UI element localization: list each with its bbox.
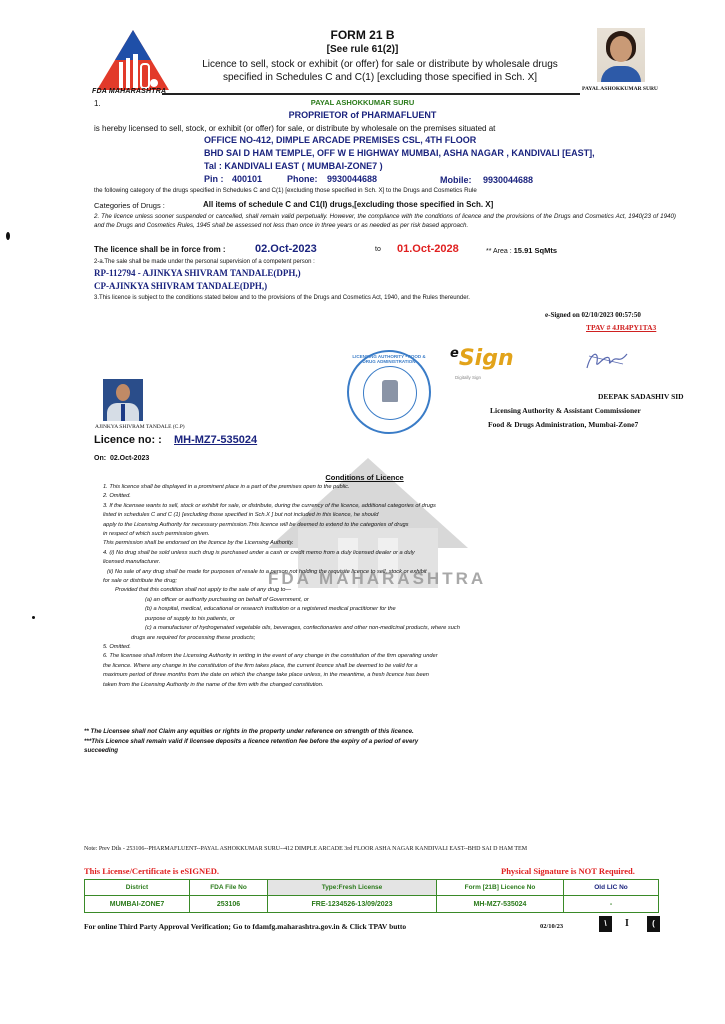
- condition-line: (ii) No sale of any drug shall be made f…: [103, 568, 563, 577]
- conditions-title: Conditions of Licence: [72, 473, 657, 482]
- registered-pharmacist: RP-112794 - AJINKYA SHIVRAM TANDALE(DPH,…: [94, 268, 301, 278]
- header-old-lic-no: Old LIC No: [564, 880, 659, 896]
- logo-caption: FDA MAHARASHTRA: [92, 88, 166, 95]
- condition-line: licensed manufacturer.: [103, 558, 563, 567]
- competent-person-photo: [103, 379, 143, 421]
- proprietor-of: PROPRIETOR of PHARMAFLUENT: [0, 110, 725, 120]
- footer-date: 02/10/23: [540, 923, 563, 930]
- esign-logo: eSign: [450, 346, 514, 371]
- clause-3: 3.This licence is subject to the conditi…: [94, 295, 470, 301]
- header-fda-file-no: FDA File No: [190, 880, 268, 896]
- old-lic-no-value: -: [564, 896, 659, 913]
- address-line-2: BHD SAI D HAM TEMPLE, OFF W E HIGHWAY MU…: [204, 148, 595, 158]
- form-subtitle: Licence to sell, stock or exhibit (or of…: [180, 58, 580, 84]
- subtitle-line-2: specified in Schedules C and C(1) [exclu…: [180, 71, 580, 84]
- on-date: 02.Oct-2023: [110, 455, 149, 462]
- esign-subtext: Digitally Sign: [455, 375, 481, 380]
- scan-mark: [6, 232, 10, 240]
- note-retention: ***This Licence shall remain valid if li…: [84, 737, 418, 747]
- category-label: Categories of Drugs :: [94, 201, 165, 210]
- subtitle-line-1: Licence to sell, stock or exhibit (or of…: [180, 58, 580, 71]
- esigned-timestamp: e-Signed on 02/10/2023 00:57:50: [545, 311, 641, 319]
- valid-to: 01.Oct-2028: [397, 243, 459, 255]
- phone-label: Phone:: [287, 174, 318, 184]
- tpav-link[interactable]: TPAV # 4JR4PY1TA3: [586, 323, 656, 332]
- to-label: to: [375, 246, 381, 253]
- table-header-row: District FDA File No Type:Fresh License …: [85, 880, 659, 896]
- pin-label: Pin :: [204, 174, 224, 184]
- condition-line: 5. Omitted.: [103, 643, 563, 652]
- area-value: 15.91 SqMts: [514, 246, 557, 255]
- pin-value: 400101: [232, 174, 262, 184]
- previous-details-note: Note: Prev Dtls - 253106--PHARMAFLUENT--…: [84, 846, 527, 852]
- header-district: District: [85, 880, 190, 896]
- table-row: MUMBAI-ZONE7 253106 FRE-1234526-13/09/20…: [85, 896, 659, 913]
- condition-line: (a) an officer or authority purchasing o…: [103, 596, 563, 605]
- mobile-value: 9930044688: [483, 175, 533, 185]
- clause-2a: 2-a.The sale shall be made under the per…: [94, 259, 315, 265]
- header-form-licence-no: Form [21B] Licence No: [437, 880, 564, 896]
- esigned-banner: This License/Certificate is eSIGNED.: [84, 866, 219, 876]
- condition-line: 1. This licence shall be displayed in a …: [103, 483, 563, 492]
- note-equities: ** The Licensee shall not Claim any equi…: [84, 727, 418, 737]
- licence-number-label: Licence no: :: [94, 434, 162, 446]
- fda-seal: LICENSING AUTHORITY • FOOD & DRUG ADMINI…: [347, 350, 431, 434]
- online-verification-text: For online Third Party Approval Verifica…: [84, 922, 406, 931]
- taluka: Tal : KANDIVALI EAST ( MUMBAI-ZONE7 ): [204, 161, 383, 171]
- emblem-icon: [382, 380, 398, 402]
- address-line-1: OFFICE NO-412, DIMPLE ARCADE PREMISES CS…: [204, 135, 476, 145]
- area-label: ** Area :: [486, 248, 512, 255]
- category-intro: the following category of the drugs spec…: [94, 187, 676, 194]
- note-succeeding: succeeding: [84, 746, 418, 756]
- seal-text: LICENSING AUTHORITY • FOOD & DRUG ADMINI…: [349, 354, 429, 364]
- in-force-label: The licence shall be in force from :: [94, 245, 226, 254]
- licence-notes: ** The Licensee shall not Claim any equi…: [84, 727, 418, 756]
- condition-line: (c) a manufacturer of hydrogenated veget…: [103, 624, 563, 633]
- qr-marker-icon: (: [647, 916, 660, 932]
- licence-info-table: District FDA File No Type:Fresh License …: [84, 879, 659, 913]
- qr-marker-icon: \: [599, 916, 612, 932]
- condition-line: 2. Omitted.: [103, 492, 563, 501]
- condition-line: Provided that this condition shall not a…: [103, 586, 563, 595]
- area: ** Area : 15.91 SqMts: [486, 246, 557, 255]
- condition-line: listed in schedules C and C (1) [excludi…: [103, 511, 563, 520]
- category-value: All items of schedule C and C1(I) drugs,…: [203, 200, 493, 209]
- licence-number: MH-MZ7-535024: [174, 434, 257, 446]
- header-divider: [162, 93, 580, 95]
- fda-file-no-value: 253106: [190, 896, 268, 913]
- signer-name: DEEPAK SADASHIV SID: [598, 392, 684, 401]
- marker-i: I: [625, 918, 629, 929]
- condition-line: maximum period of three months from the …: [103, 671, 563, 680]
- phone-value: 9930044688: [327, 174, 377, 184]
- form-licence-no-value: MH-MZ7-535024: [437, 896, 564, 913]
- condition-line: in respect of which such permission give…: [103, 530, 563, 539]
- physical-signature-banner: Physical Signature is NOT Required.: [501, 866, 635, 876]
- clause-2: 2. The licence unless sooner suspended o…: [94, 212, 676, 230]
- condition-line: purpose of supply to his patients, or: [103, 615, 563, 624]
- header-type: Type:Fresh License: [268, 880, 437, 896]
- condition-line: taken from the Licensing Authority in th…: [103, 681, 563, 690]
- licence-date: On: 02.Oct-2023: [94, 455, 149, 462]
- signer-department: Food & Drugs Administration, Mumbai-Zone…: [488, 420, 638, 429]
- condition-line: 6. The licensee shall inform the Licensi…: [103, 652, 563, 661]
- mobile-label: Mobile:: [440, 175, 472, 185]
- on-label: On:: [94, 455, 106, 462]
- signature-icon: [583, 348, 631, 374]
- condition-line: apply to the Licensing Authority for nec…: [103, 521, 563, 530]
- licensee-name: PAYAL ASHOKKUMAR SURU: [0, 98, 725, 107]
- condition-line: This permission shall be endorsed on the…: [103, 539, 563, 548]
- condition-line: the licence. Where any change in the con…: [103, 662, 563, 671]
- condition-line: (b) a hospital, medical, educational or …: [103, 605, 563, 614]
- scan-dot: [32, 616, 35, 619]
- type-value: FRE-1234526-13/09/2023: [268, 896, 437, 913]
- signer-role: Licensing Authority & Assistant Commissi…: [490, 406, 641, 415]
- licensee-photo: [597, 28, 645, 82]
- condition-line: drugs are required for processing these …: [103, 634, 563, 643]
- district-value: MUMBAI-ZONE7: [85, 896, 190, 913]
- condition-line: for sale or distribute the drug;: [103, 577, 563, 586]
- condition-line: 3. If the licensee wants to sell, stock …: [103, 502, 563, 511]
- competent-person: CP-AJINKYA SHIVRAM TANDALE(DPH,): [94, 281, 267, 291]
- conditions-list: 1. This licence shall be displayed in a …: [103, 483, 563, 690]
- competent-person-caption: AJINKYA SHIVRAM TANDALE (C.P): [95, 424, 185, 430]
- condition-line: 4. (i) No drug shall be sold unless such…: [103, 549, 563, 558]
- hereby-text: is hereby licensed to sell, stock, or ex…: [94, 124, 495, 133]
- licensee-photo-caption: PAYAL ASHOKKUMAR SURU: [582, 86, 658, 92]
- valid-from: 02.Oct-2023: [255, 243, 317, 255]
